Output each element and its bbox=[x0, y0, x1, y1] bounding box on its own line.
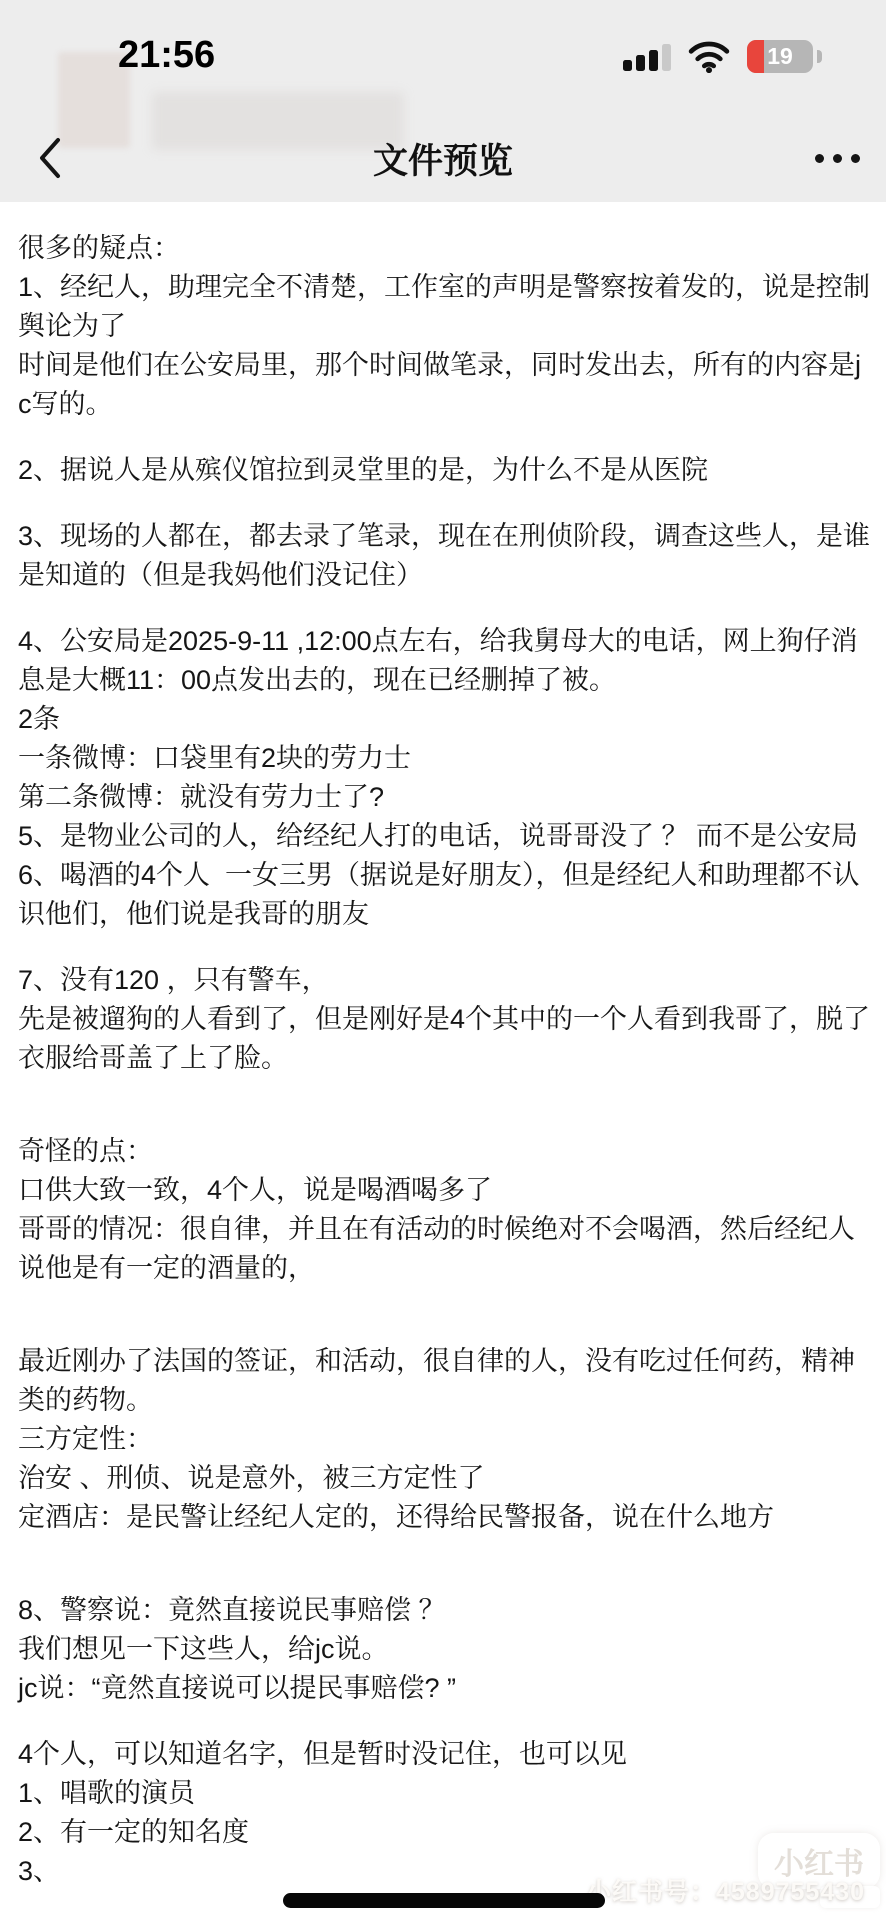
status-icons: 19 bbox=[623, 40, 822, 73]
document-paragraph: 定酒店：是民警让经纪人定的，还得给民警报备，说在什么地方 bbox=[18, 1498, 870, 1537]
document-paragraph bbox=[18, 1105, 870, 1132]
document-paragraph bbox=[18, 1288, 870, 1315]
document-paragraph bbox=[18, 1708, 870, 1735]
document-paragraph: 最近刚办了法国的签证，和活动，很自律的人，没有吃过任何药，精神类的药物。 bbox=[18, 1342, 870, 1420]
xiaohongshu-id-watermark: 小红书号：4589755430 bbox=[586, 1872, 886, 1908]
document-preview-area[interactable]: 很多的疑点：1、经纪人，助理完全不清楚，工作室的声明是警察按着发的，说是控制舆论… bbox=[0, 202, 886, 1920]
document-paragraph: 1、经纪人，助理完全不清楚，工作室的声明是警察按着发的，说是控制舆论为了 bbox=[18, 268, 870, 346]
document-paragraph: 3、现场的人都在，都去录了笔录，现在在刑侦阶段，调查这些人，是谁是知道的（但是我… bbox=[18, 517, 870, 595]
document-paragraph: jc说：“竟然直接说可以提民事赔偿? ” bbox=[18, 1669, 870, 1708]
document-paragraph: 4、公安局是2025-9-11 ,12:00点左右，给我舅母大的电话，网上狗仔消… bbox=[18, 622, 870, 700]
cellular-signal-icon bbox=[623, 43, 671, 71]
status-time: 21:56 bbox=[118, 34, 215, 77]
document-paragraph: 2、有一定的知名度 bbox=[18, 1813, 870, 1852]
document-paragraph: 先是被遛狗的人看到了，但是刚好是4个其中的一个人看到我哥了，脱了衣服给哥盖了上了… bbox=[18, 1000, 870, 1078]
document-paragraph: 6、喝酒的4个人 一女三男（据说是好朋友），但是经纪人和助理都不认识他们，他们说… bbox=[18, 856, 870, 934]
document-paragraph: 我们想见一下这些人，给jc说。 bbox=[18, 1630, 870, 1669]
battery-nub bbox=[817, 50, 822, 63]
document-paragraph bbox=[18, 1564, 870, 1591]
battery-icon: 19 bbox=[747, 40, 813, 73]
document-paragraph bbox=[18, 595, 870, 622]
ellipsis-icon bbox=[815, 154, 824, 163]
document-paragraph: 很多的疑点： bbox=[18, 229, 870, 268]
document-paragraph: 哥哥的情况：很自律，并且在有活动的时候绝对不会喝酒，然后经纪人说他是有一定的酒量… bbox=[18, 1210, 870, 1288]
ellipsis-icon bbox=[851, 154, 860, 163]
document-paragraph: 奇怪的点： bbox=[18, 1132, 870, 1171]
wifi-icon bbox=[688, 41, 730, 73]
page-title: 文件预览 bbox=[0, 134, 886, 184]
document-paragraph: 8、警察说：竟然直接说民事赔偿 ？ bbox=[18, 1591, 870, 1630]
document-paragraph bbox=[18, 1537, 870, 1564]
status-bar: 21:56 19 bbox=[0, 32, 886, 86]
document-paragraph bbox=[18, 934, 870, 961]
phone-screen: 21:56 19 bbox=[0, 0, 886, 1920]
more-button[interactable] bbox=[784, 134, 860, 182]
document-paragraph bbox=[18, 490, 870, 517]
home-indicator[interactable] bbox=[283, 1893, 605, 1908]
document-paragraph bbox=[18, 1315, 870, 1342]
document-paragraph bbox=[18, 1078, 870, 1105]
document-paragraph: 治安 、刑侦、说是意外，被三方定性了 bbox=[18, 1459, 870, 1498]
battery-percent: 19 bbox=[747, 41, 813, 72]
document-paragraph: 2、据说人是从殡仪馆拉到灵堂里的是，为什么不是从医院 bbox=[18, 451, 870, 490]
header: 21:56 19 bbox=[0, 0, 886, 202]
document-paragraph: 1、唱歌的演员 bbox=[18, 1774, 870, 1813]
document-paragraph: 第二条微博：就没有劳力士了? bbox=[18, 778, 870, 817]
nav-bar: 文件预览 bbox=[0, 120, 886, 200]
document-paragraph: 5、是物业公司的人，给经纪人打的电话，说哥哥没了 ？ 而不是公安局 bbox=[18, 817, 870, 856]
document-paragraph: 三方定性： bbox=[18, 1420, 870, 1459]
document-paragraph bbox=[18, 424, 870, 451]
document-paragraph: 一条微博：口袋里有2块的劳力士 bbox=[18, 739, 870, 778]
document-paragraph: 7、没有120 ，只有警车， bbox=[18, 961, 870, 1000]
document-paragraph: 时间是他们在公安局里，那个时间做笔录，同时发出去，所有的内容是jc写的。 bbox=[18, 346, 870, 424]
document-paragraph: 2条 bbox=[18, 700, 870, 739]
ellipsis-icon bbox=[833, 154, 842, 163]
document-paragraph: 4个人，可以知道名字，但是暂时没记住，也可以见 bbox=[18, 1735, 870, 1774]
document-paragraph: 口供大致一致，4个人，说是喝酒喝多了 bbox=[18, 1171, 870, 1210]
